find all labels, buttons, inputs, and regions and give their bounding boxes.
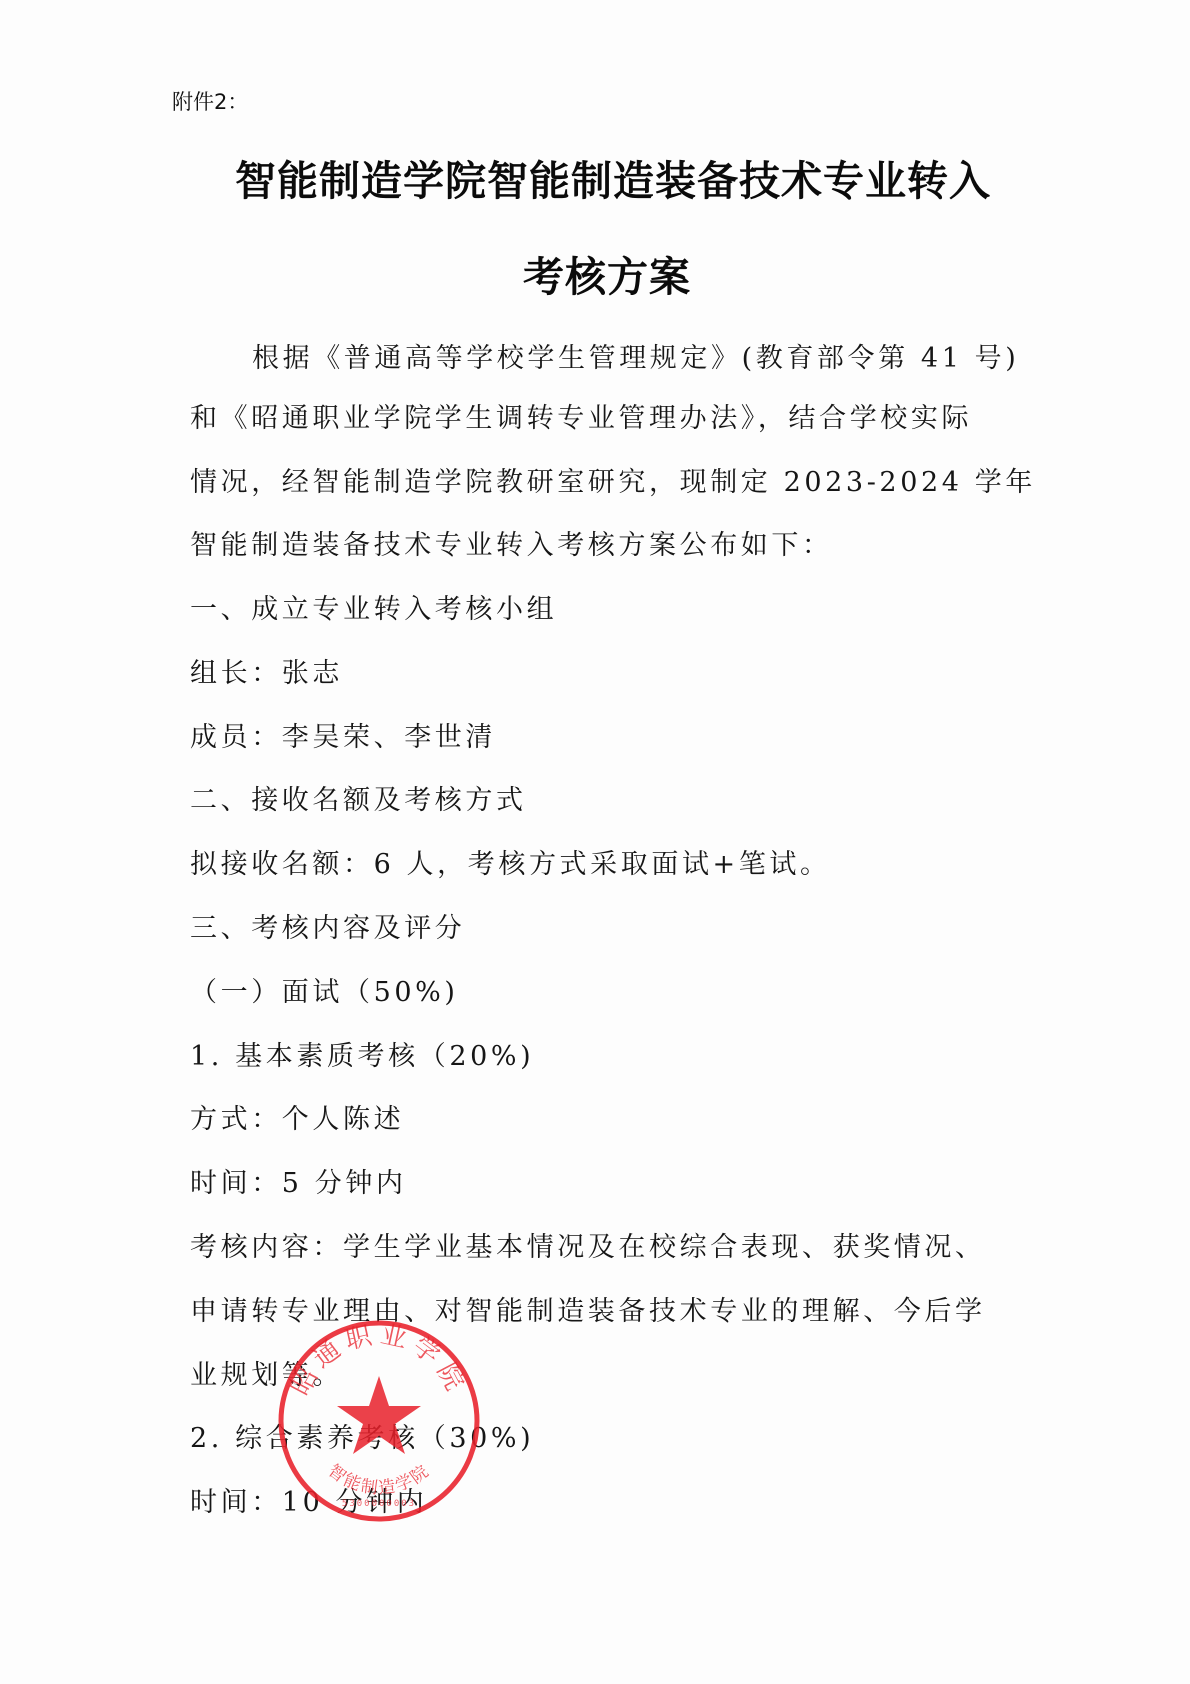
document-title-line-1: 智能制造学院智能制造装备技术专业转入: [18, 148, 1190, 207]
body-line: 组长：张志: [190, 651, 343, 690]
body-line: 情况，经智能制造学院教研室研究，现制定 2023-2024 学年: [190, 460, 1036, 499]
body-line: 方式：个人陈述: [190, 1097, 404, 1136]
svg-text:5300000003: 5300000003: [342, 1499, 416, 1509]
section-heading-2: 二、接收名额及考核方式: [190, 778, 527, 817]
section-heading-1: 一、成立专业转入考核小组: [190, 587, 557, 626]
section-heading-3: 三、考核内容及评分: [190, 906, 465, 945]
body-line: 智能制造装备技术专业转入考核方案公布如下：: [190, 523, 833, 562]
item-heading: 1. 基本素质考核（20%): [190, 1034, 534, 1073]
document-page: 附件2： 智能制造学院智能制造装备技术专业转入 考核方案 根据《普通高等学校学生…: [0, 0, 1190, 1684]
body-line: 拟接收名额：6 人，考核方式采取面试+笔试。: [190, 842, 831, 881]
body-line: 和《昭通职业学院学生调转专业管理办法》，结合学校实际: [190, 396, 972, 435]
body-line: 根据《普通高等学校学生管理规定》(教育部令第 41 号): [252, 336, 1019, 375]
body-line: 时间：5 分钟内: [190, 1161, 407, 1200]
attachment-label: 附件2：: [172, 86, 248, 116]
body-line: 成员：李吴荣、李世清: [190, 715, 496, 754]
document-title-line-2: 考核方案: [12, 244, 1190, 303]
subsection-heading: （一）面试（50%): [190, 970, 459, 1009]
svg-text:智能制造学院: 智能制造学院: [324, 1461, 434, 1499]
body-line: 考核内容：学生学业基本情况及在校综合表现、获奖情况、: [190, 1225, 986, 1264]
official-seal-icon: 昭通职业学院 智能制造学院 5300000003: [276, 1318, 482, 1524]
